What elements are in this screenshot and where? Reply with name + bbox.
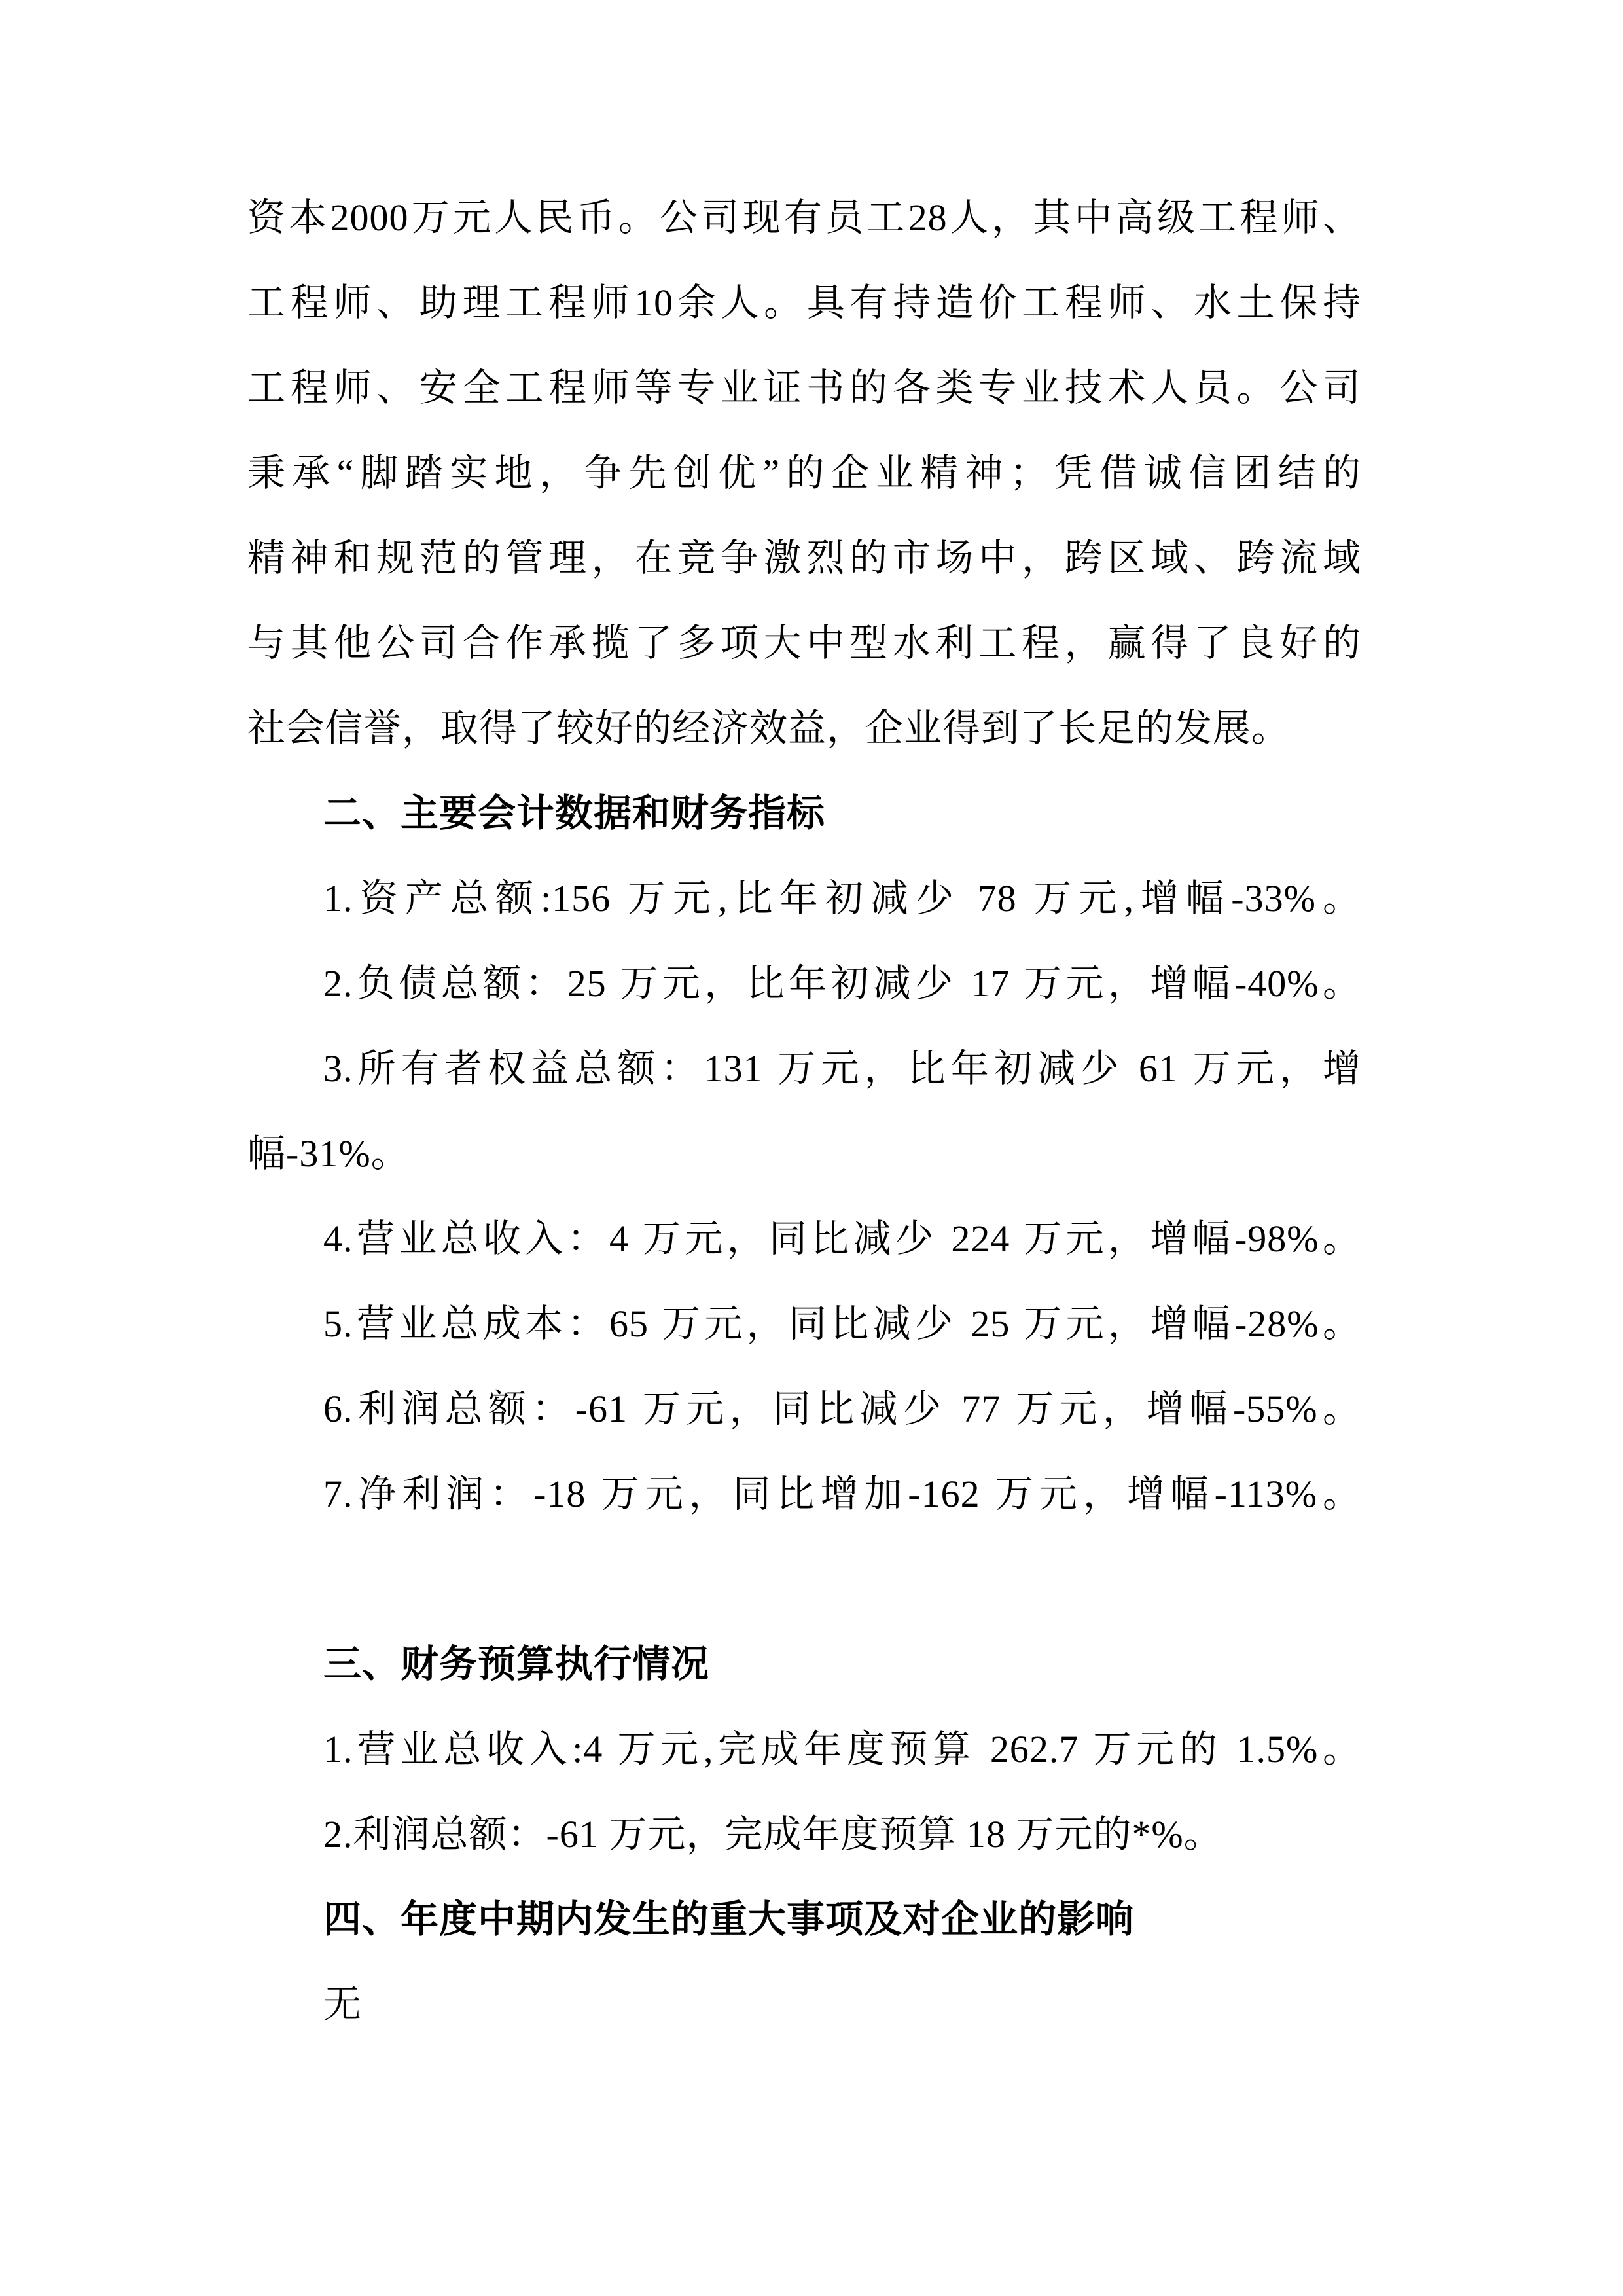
text-line: 2.利润总额：-61 万元，完成年度预算 18 万元的*%。: [247, 1792, 1361, 1877]
text-line: 社会信誉，取得了较好的经济效益，企业得到了长足的发展。: [247, 686, 1361, 771]
text-line: 2.负债总额：25 万元，比年初减少 17 万元，增幅-40%。: [247, 941, 1361, 1026]
document-text-block: 资本2000万元人民币。公司现有员工28人，其中高级工程师、工程师、助理工程师1…: [247, 175, 1361, 2047]
text-line: 与其他公司合作承揽了多项大中型水利工程，赢得了良好的: [247, 601, 1361, 686]
text-line: 5.营业总成本：65 万元，同比减少 25 万元，增幅-28%。: [247, 1282, 1361, 1367]
text-line: 秉承“脚踏实地，争先创优”的企业精神；凭借诚信团结的: [247, 431, 1361, 516]
text-line: 1.营业总收入:4 万元,完成年度预算 262.7 万元的 1.5%。: [247, 1707, 1361, 1792]
text-line: 无: [247, 1962, 1361, 2047]
text-line: 幅-31%。: [247, 1111, 1361, 1196]
text-line: 资本2000万元人民币。公司现有员工28人，其中高级工程师、: [247, 175, 1361, 260]
text-line: 4.营业总收入：4 万元，同比减少 224 万元，增幅-98%。: [247, 1196, 1361, 1282]
text-line: 工程师、助理工程师10余人。具有持造价工程师、水土保持: [247, 260, 1361, 346]
blank-line: [247, 1537, 1361, 1622]
section-heading: 二、主要会计数据和财务指标: [247, 771, 1361, 856]
text-line: 工程师、安全工程师等专业证书的各类专业技术人员。公司: [247, 346, 1361, 431]
text-line: 6.利润总额：-61 万元，同比减少 77 万元，增幅-55%。: [247, 1367, 1361, 1452]
text-line: 7.净利润：-18 万元，同比增加-162 万元，增幅-113%。: [247, 1452, 1361, 1537]
text-line: 3.所有者权益总额：131 万元，比年初减少 61 万元，增: [247, 1026, 1361, 1111]
document-page: 资本2000万元人民币。公司现有员工28人，其中高级工程师、工程师、助理工程师1…: [0, 0, 1623, 2296]
section-heading: 四、年度中期内发生的重大事项及对企业的影响: [247, 1877, 1361, 1962]
section-heading: 三、财务预算执行情况: [247, 1622, 1361, 1707]
text-line: 1.资产总额:156 万元,比年初减少 78 万元,增幅-33%。: [247, 856, 1361, 941]
text-line: 精神和规范的管理，在竞争激烈的市场中，跨区域、跨流域: [247, 516, 1361, 601]
